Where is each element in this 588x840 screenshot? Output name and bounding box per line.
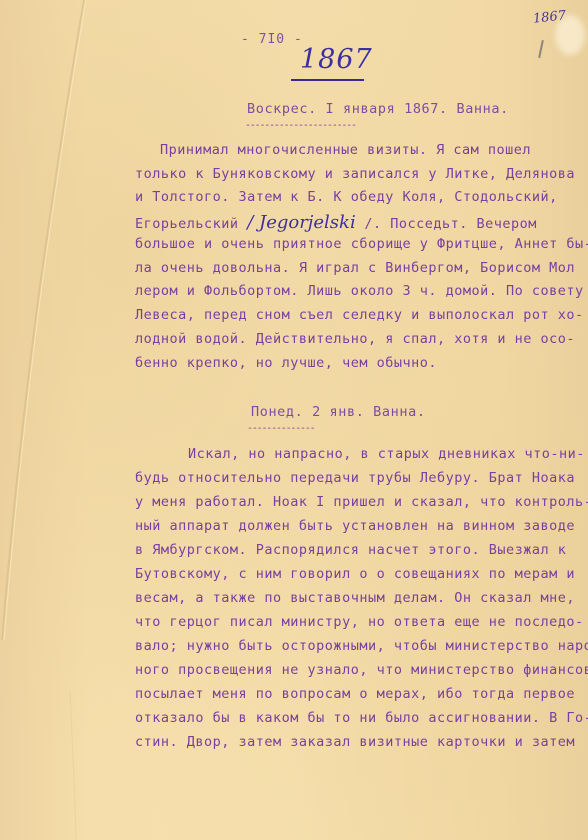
text-line: большое и очень приятное сборище у Фритц… [135,236,588,252]
text-line: бенно крепко, но лучше, чем обычно. [135,355,437,371]
handwritten-year: 1867 [300,44,373,75]
heading-underline: -------------- [247,423,315,434]
text-line: вало; нужно быть осторожными, чтобы мини… [135,638,588,654]
text-line: лодной водой. Действительно, я спал, хот… [135,331,575,347]
text-line: и Толстого. Затем к Б. К обеду Коля, Сто… [135,189,558,205]
page-number: - 7I0 - [241,32,303,47]
text-line: Бутовскому, с ним говорил о о совещаниях… [135,566,575,582]
pencil-mark [538,40,544,58]
text-line: ный аппарат должен быть установлен на ви… [135,518,575,534]
text-line: будь относительно передачи трубы Лебуру.… [135,470,575,486]
entry-heading: Понед. 2 янв. Ванна. [251,404,426,420]
text-line: отказало бы в каком бы то ни было ассигн… [135,710,588,726]
text-line: только к Буняковскому и записался у Литк… [135,166,575,182]
heading-underline: ----------------------- [245,120,356,131]
text-fragment: /. Посседьт. Вечером [364,216,537,232]
text-line: ла очень довольна. Я играл с Винбергом, … [135,260,575,276]
text-line: Искал, но напрасно, в старых дневниках ч… [188,446,585,462]
text-line: посылает меня по вопросам о мерах, ибо т… [135,686,575,702]
text-line: весам, а также по выставочным делам. Он … [135,590,575,606]
handwritten-insert: / Jegorjelski [247,212,356,233]
text-line: ного просвещения не узнало, что министер… [135,662,588,678]
text-fragment: Егорьельский [135,216,239,232]
text-line: стин. Двор, затем заказал визитные карто… [135,734,575,750]
text-line: в Ямбургском. Распорядился насчет этого.… [135,542,566,558]
text-line: Принимал многочисленные визиты. Я сам по… [160,142,531,158]
text-line: Егорьельский / Jegorjelski /. Посседьт. … [135,212,537,233]
text-line: лером и Фольбортом. Лишь около 3 ч. домо… [135,283,584,299]
text-line: Левеса, перед сном съел селедку и выполо… [135,307,584,323]
year-underline [291,79,364,81]
text-line: у меня работал. Ноак I пришел и сказал, … [135,494,588,510]
entry-heading: Воскрес. I января 1867. Ванна. [247,101,509,117]
text-line: что герцог писал министру, но ответа еще… [135,614,584,630]
